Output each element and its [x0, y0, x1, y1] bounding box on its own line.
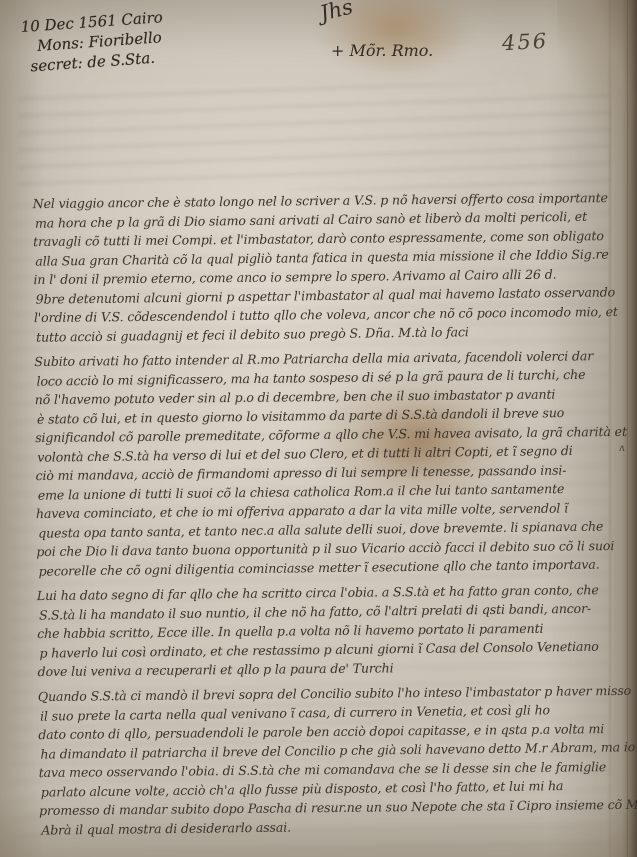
paragraph-2: Subito arivati ho fatto intender al R.mo… [34, 346, 624, 580]
manuscript-page: 10 Dec 1561 Cairo Mons: Fioribello secre… [0, 0, 637, 857]
salutation: + Mõr. Rmo. [331, 41, 433, 60]
ink-showthrough-band [18, 84, 610, 190]
page-edge-line [627, 0, 628, 857]
paragraph-3: Lui ha dato segno di far qllo che ha scr… [37, 580, 626, 681]
paragraph-4: Quando S.S.tà ci mandò il brevi sopra de… [38, 681, 628, 839]
folio-number: 456 [501, 29, 548, 55]
archival-note: 10 Dec 1561 Cairo Mons: Fioribello secre… [20, 7, 166, 77]
paragraph-1: Nel viaggio ancor che è stato longo nel … [33, 188, 623, 346]
letter-body: Nel viaggio ancor che è stato longo nel … [33, 188, 628, 845]
